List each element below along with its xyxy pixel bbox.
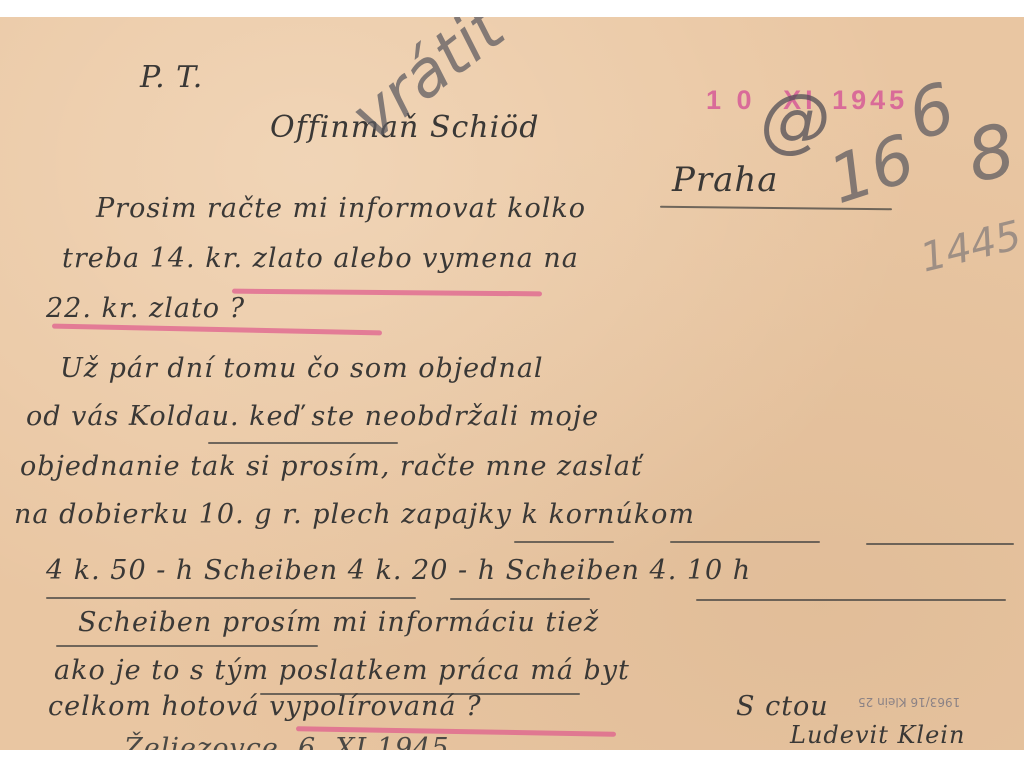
body-line-4: Už pár dní tomu čo som objednal	[60, 355, 544, 382]
signature: Ludevit Klein	[790, 723, 965, 747]
body-line-3: 22. kr. zlato ?	[46, 295, 245, 322]
body-line-9: Scheiben prosím mi informáciu tiež	[78, 609, 599, 636]
stamp-day: 1 0	[706, 85, 756, 115]
price-2-underline	[450, 598, 590, 600]
pencil-scribble: @	[760, 85, 830, 155]
body-line-2: treba 14. kr. zlato alebo vymena na	[62, 245, 579, 272]
stamp-year: 1945	[832, 85, 908, 115]
place-date: Želiezovce, 6. XI 1945.	[124, 735, 459, 750]
highlight-22kr	[52, 324, 382, 336]
koldau-underline	[208, 442, 398, 444]
postcard: P. T. Offinmaň Schiöd Praha 1 0 XI 1945 …	[0, 17, 1024, 750]
price-1-underline	[46, 597, 416, 599]
kornukom-underline	[866, 543, 1014, 545]
pencil-number-top: 6	[901, 74, 963, 152]
city: Praha	[672, 163, 779, 197]
plech-underline	[514, 541, 614, 543]
highlight-14kr	[232, 289, 542, 297]
pencil-number-right: 8	[961, 113, 1021, 193]
salutation: P. T.	[140, 63, 203, 93]
pencil-number-low: 1445	[917, 215, 1024, 278]
body-line-10: ako je to s tým poslatkem práca má byt	[54, 657, 630, 684]
zapajky-underline	[670, 541, 820, 543]
body-line-5: od vás Koldau. keď ste neobdržali moje	[26, 403, 599, 430]
closing-greeting: S ctou	[736, 693, 829, 720]
body-line-1: Prosim račte mi informovat kolko	[96, 195, 586, 222]
pencil-number-mid: 16	[822, 126, 922, 215]
body-line-11: celkom hotová vypolírovaná ?	[48, 693, 482, 720]
archival-note: 1963/16 Klein 25	[858, 695, 960, 709]
body-line-7: na dobierku 10. g r. plech zapajky k kor…	[14, 501, 695, 528]
body-line-6: objednanie tak si prosím, račte mne zasl…	[20, 453, 643, 480]
scheiben-underline	[56, 645, 318, 647]
price-3-underline	[696, 599, 1006, 601]
body-line-8: 4 k. 50 - h Scheiben 4 k. 20 - h Scheibe…	[46, 557, 751, 584]
